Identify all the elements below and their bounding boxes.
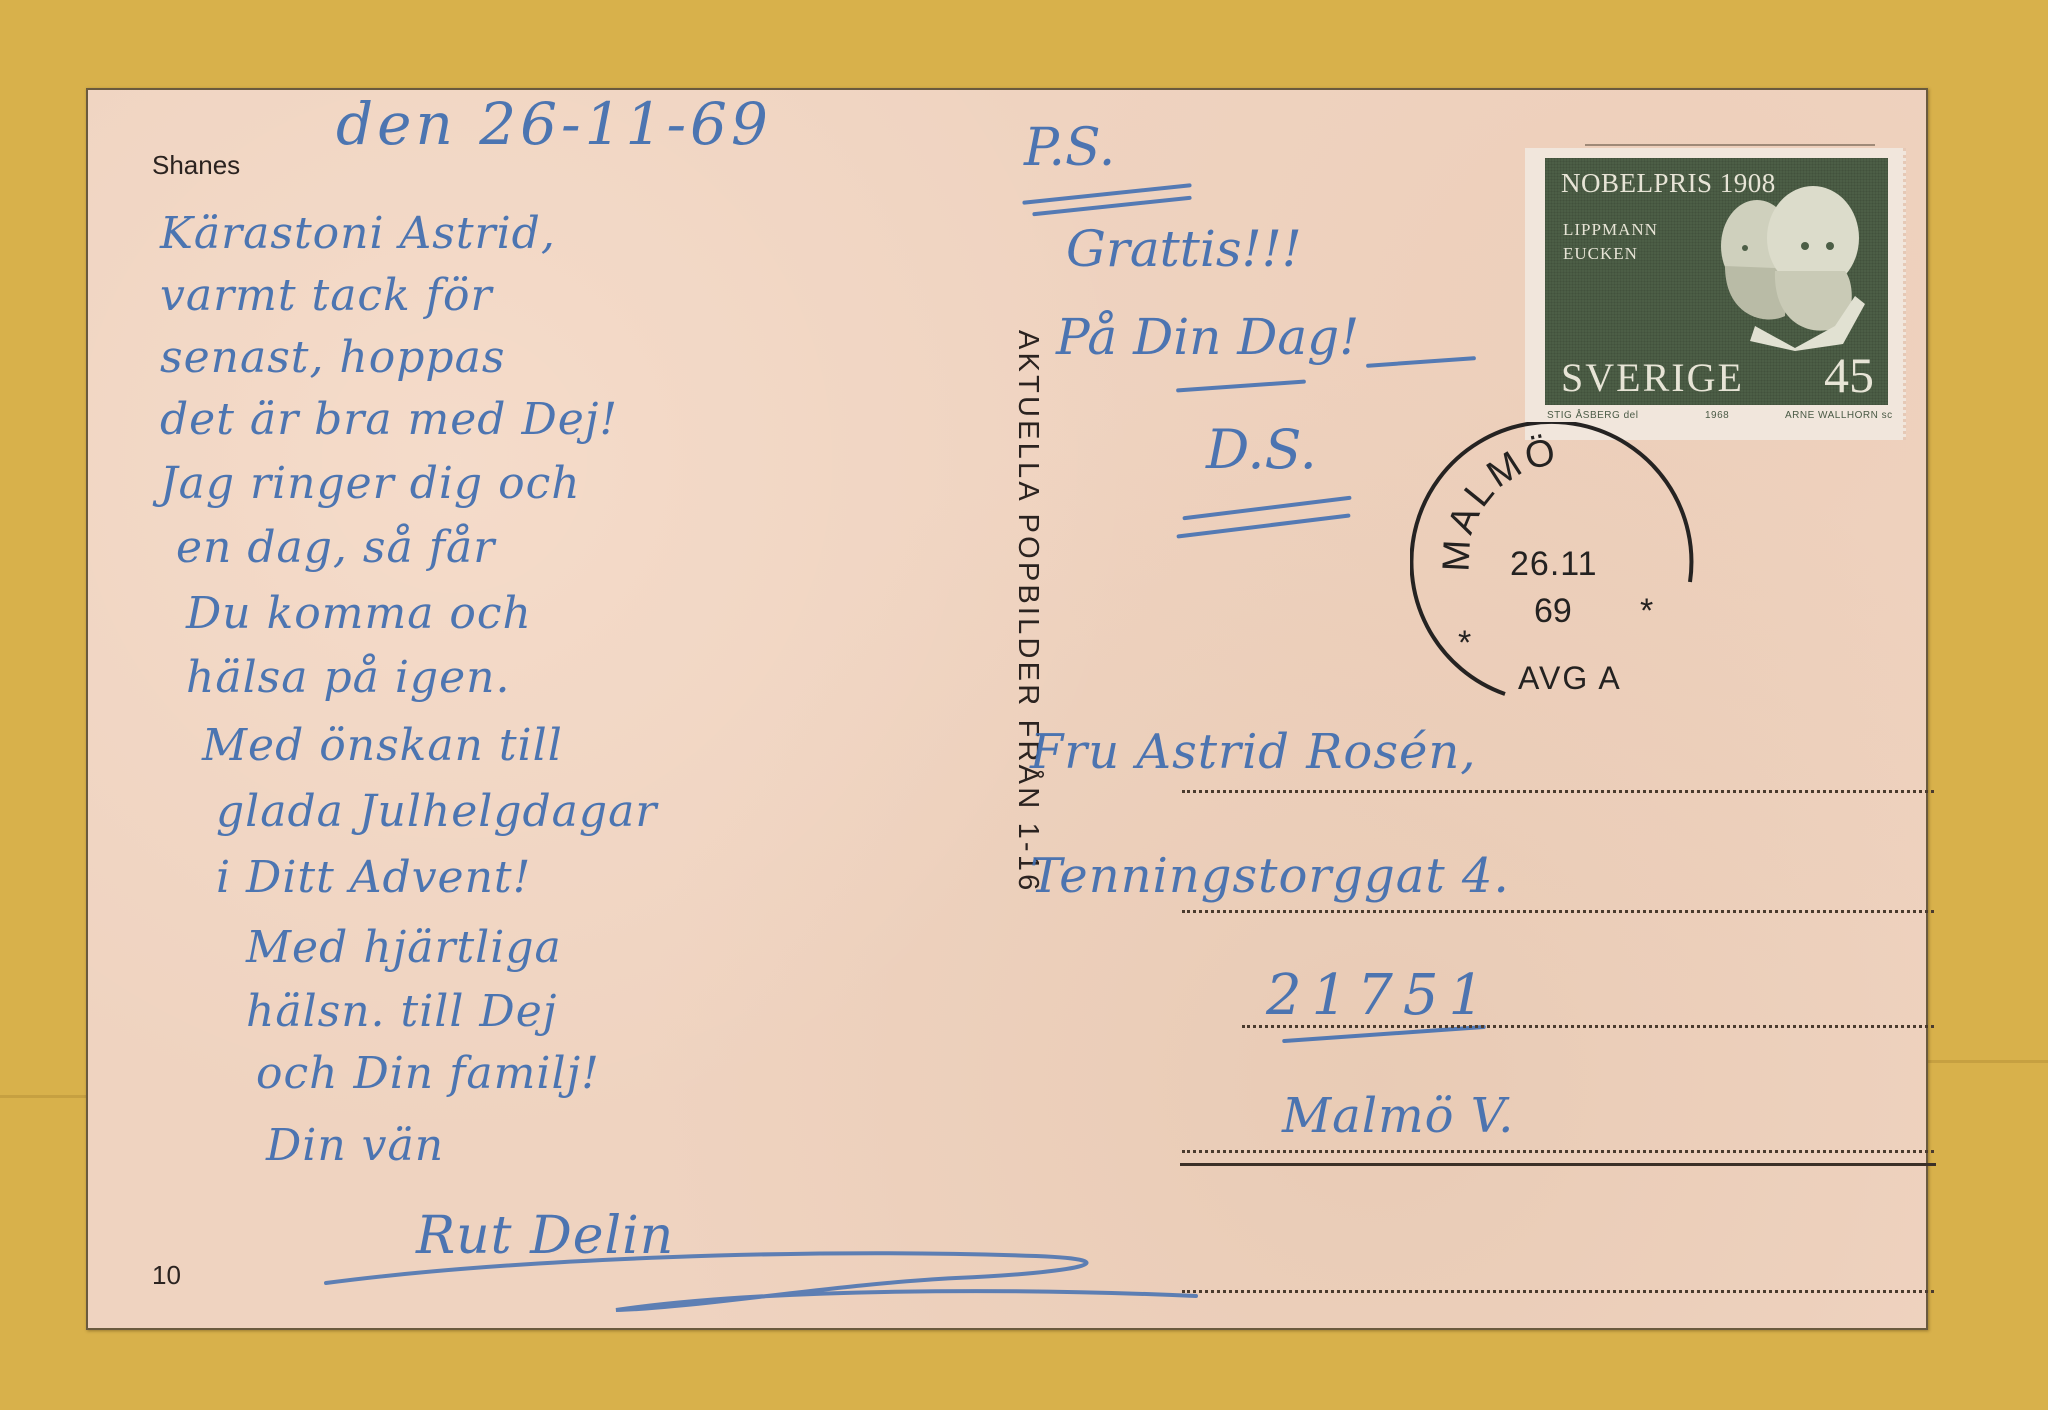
message-line: varmt tack för [160, 270, 493, 321]
message-line: hälsa på igen. [186, 652, 510, 703]
background-seam-bottom [0, 1095, 86, 1098]
address-line: Tenningstorggat 4. [1030, 848, 1510, 904]
stamp-name: LIPPMANN [1563, 218, 1658, 242]
stamp-country: SVERIGE [1561, 354, 1744, 401]
postscript-label: P.S. [1024, 118, 1115, 178]
message-line: Jag ringer dig och [160, 458, 581, 509]
message-line: Din vän [266, 1120, 444, 1171]
message-date: den 26-11-69 [336, 90, 772, 158]
message-line: och Din familj! [256, 1048, 600, 1099]
message-line: i Ditt Advent! [216, 852, 531, 903]
portraits-icon [1695, 176, 1875, 351]
message-line: Med hjärtliga [246, 922, 562, 973]
address-line: Malmö V. [1282, 1088, 1514, 1144]
address-dotted-line [1182, 910, 1934, 913]
stamp-panel: NOBELPRIS 1908 LIPPMANN EUCKEN SVERIGE 4… [1545, 158, 1888, 405]
message-line: en dag, så får [176, 522, 495, 573]
address-dotted-line [1182, 790, 1934, 793]
postage-stamp: NOBELPRIS 1908 LIPPMANN EUCKEN SVERIGE 4… [1525, 148, 1906, 440]
address-line: Fru Astrid Rosén, [1030, 724, 1477, 780]
stamp-credit-year: 1968 [1705, 410, 1729, 421]
stamp-name: EUCKEN [1563, 242, 1658, 266]
postmark-date: 26.11 [1510, 545, 1598, 584]
address-dotted-line [1242, 1025, 1934, 1028]
address-dotted-line [1182, 1150, 1934, 1153]
message-line: hälsn. till Dej [246, 986, 557, 1037]
message-line: det är bra med Dej! [160, 394, 618, 445]
background-seam-top [1928, 1060, 2048, 1063]
message-line: Med önskan till [202, 720, 563, 771]
signature-flourish [316, 1248, 1216, 1328]
postmark-office: AVG A [1518, 660, 1622, 697]
card-number: 10 [152, 1260, 181, 1291]
address-rule [1180, 1163, 1936, 1166]
postscript-underline-3 [1176, 379, 1306, 392]
postscript-line: På Din Dag! [1056, 308, 1359, 366]
address-dotted-line [1182, 1290, 1934, 1293]
postmark-star-right-icon: * [1640, 592, 1653, 631]
stamp-credit-right: ARNE WALLHORN sc [1785, 410, 1893, 421]
postcard: Shanes 10 AKTUELLA POPBILDER FRÅN 1-16 d… [86, 88, 1928, 1330]
postmark-star-left-icon: * [1458, 624, 1471, 663]
postmark: MALMÖ 26.11 69 * * AVG A [1410, 422, 1710, 722]
stamp-credit-left: STIG ÅSBERG del [1547, 410, 1638, 421]
message-line: senast, hoppas [160, 332, 505, 383]
publisher-label: Shanes [152, 150, 240, 181]
message-line: Kärastoni Astrid, [160, 208, 556, 259]
postscript-closing: D.S. [1206, 418, 1317, 481]
postmark-year: 69 [1534, 592, 1572, 631]
message-line: Du komma och [186, 588, 532, 639]
address-line: 21751 [1266, 963, 1494, 1028]
postscript-underline-4 [1366, 356, 1476, 368]
stamp-hinge-line [1585, 144, 1875, 146]
postscript-line: Grattis!!! [1066, 220, 1302, 278]
stamp-value: 45 [1824, 346, 1874, 404]
stamp-names: LIPPMANN EUCKEN [1563, 218, 1658, 266]
message-line: glada Julhelgdagar [216, 786, 657, 837]
